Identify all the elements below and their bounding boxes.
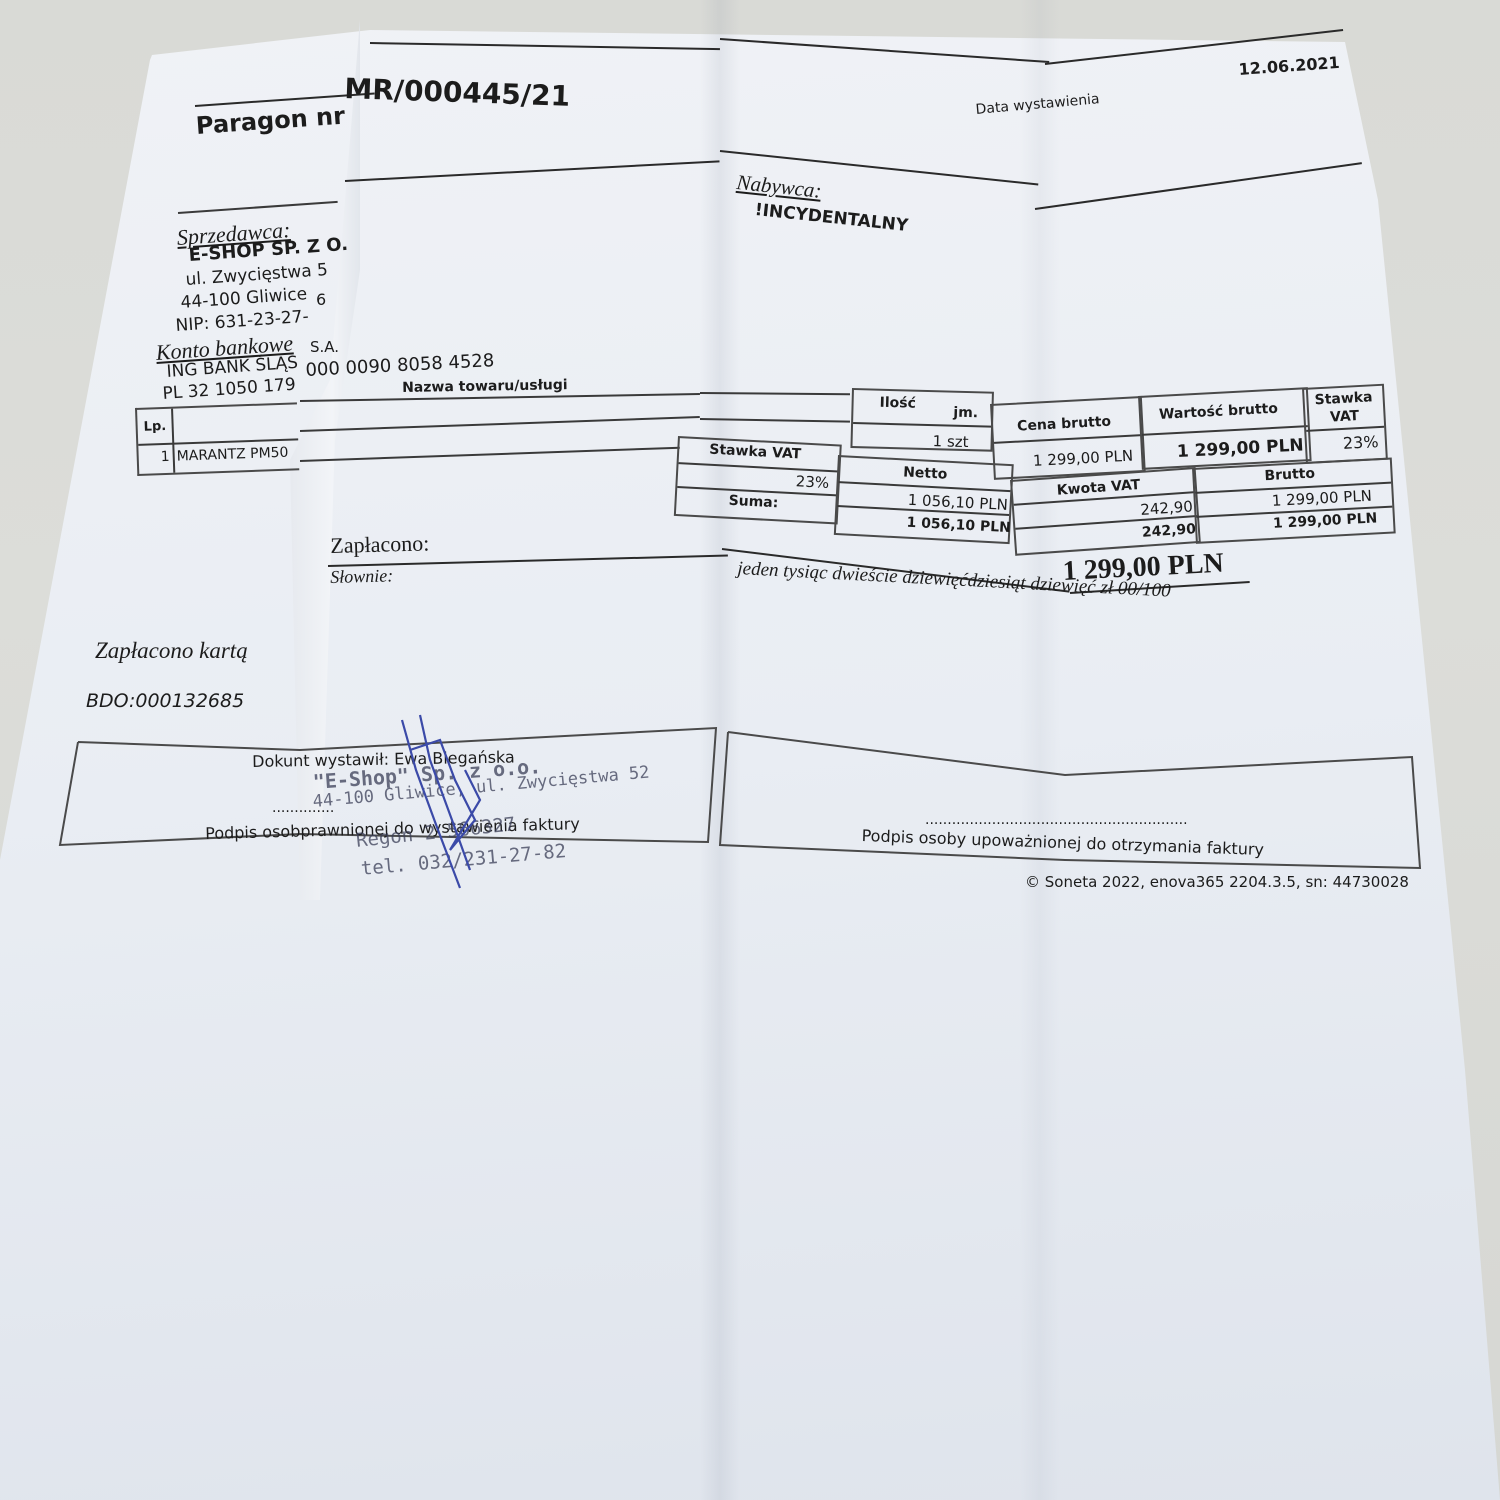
receiver-dots: ........................................… [925,812,1188,828]
signature-boxes [0,0,1500,1500]
receipt-paper: Paragon nr MR/000445/21 Data wystawienia… [0,0,1500,1500]
handwritten-signature [380,710,520,900]
software-footer: © Soneta 2022, enova365 2204.3.5, sn: 44… [1025,873,1409,891]
